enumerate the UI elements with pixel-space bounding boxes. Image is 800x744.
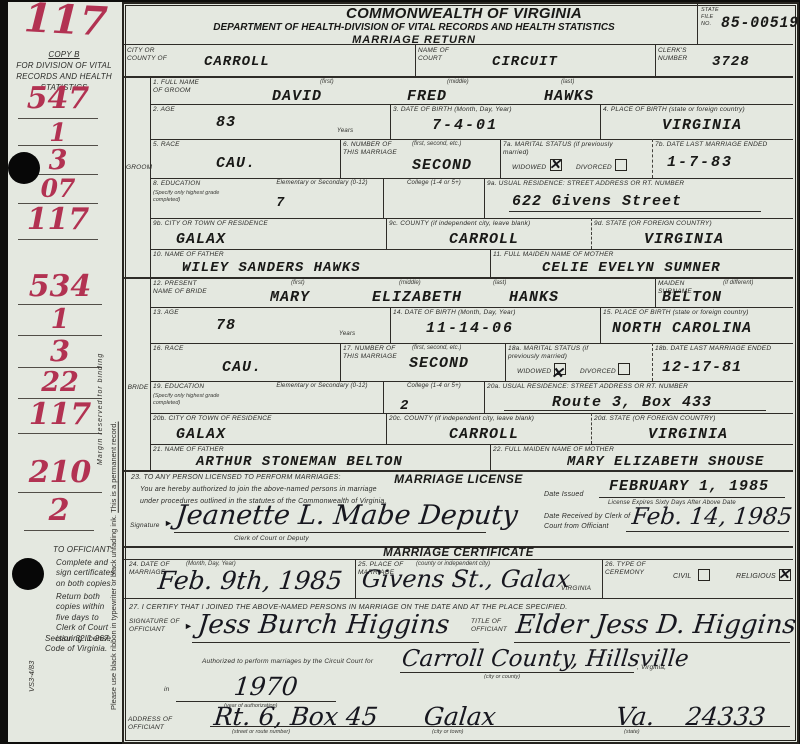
- bride-father-value: ARTHUR STONEMAN BELTON: [196, 454, 403, 470]
- civil-checkbox: [698, 569, 710, 581]
- middle-hint: (middle): [447, 79, 469, 86]
- bride-city-label: 20b. CITY OR TOWN OF RESIDENCE: [153, 415, 353, 423]
- bride-band-label: BRIDE: [126, 384, 150, 392]
- last-hint: (last): [493, 280, 506, 287]
- divider: [150, 139, 793, 140]
- bride-father-label: 21. NAME OF FATHER: [153, 446, 224, 454]
- fill-line: [599, 497, 785, 498]
- bride-city-value: GALAX: [176, 426, 226, 443]
- clerk-number-value: 3728: [712, 54, 750, 70]
- widowed-label: WIDOWED: [512, 164, 546, 172]
- divider: [655, 44, 656, 76]
- officiant-city-value: Galax: [422, 702, 497, 731]
- court-value: CIRCUIT: [492, 54, 558, 70]
- groom-dob-label: 3. DATE OF BIRTH (Month, Day, Year): [393, 106, 593, 114]
- bride-name-label: 12. PRESENT NAME OF BRIDE: [153, 280, 215, 296]
- maiden-surname-hint: (if different): [723, 280, 753, 287]
- bride-college-value: 2: [400, 398, 409, 414]
- divider: [655, 279, 656, 307]
- divorced-label: DIVORCED: [580, 368, 616, 376]
- bride-marriage-ended-value: 12-17-81: [662, 359, 742, 376]
- date-received-label-1: Date Received by Clerk of: [544, 513, 630, 522]
- signature-line: [174, 532, 486, 533]
- officiant-title-value: Elder Jess D. Higgins: [514, 610, 797, 640]
- religious-check-mark: ✕: [778, 567, 790, 581]
- red-annotation-top: 117: [23, 0, 95, 42]
- widowed-label: WIDOWED: [517, 368, 551, 376]
- city-hint: (city or town): [432, 729, 463, 736]
- divider: [415, 44, 416, 76]
- groom-county-value: CARROLL: [449, 231, 519, 248]
- widowed-check-mark: ✕: [549, 157, 561, 171]
- marriage-place-value: Givens St., Galax: [361, 565, 572, 593]
- bride-age-label: 13. AGE: [153, 309, 179, 317]
- last-hint: (last): [561, 79, 574, 86]
- divider: [652, 343, 653, 381]
- red-annotation: 210: [18, 458, 102, 493]
- divider: [150, 343, 793, 344]
- divider: [600, 104, 601, 139]
- groom-mother-value: CELIE EVELYN SUMNER: [542, 260, 721, 276]
- bride-first-name: MARY: [270, 289, 310, 306]
- officiant-address-label: ADDRESS OF OFFICIANT: [128, 716, 208, 732]
- groom-first-name: DAVID: [272, 88, 322, 105]
- authorization-year-value: 1970: [232, 672, 299, 701]
- divider: [124, 277, 793, 279]
- commonwealth-title: COMMONWEALTH OF VIRGINIA: [184, 5, 744, 22]
- bride-residence-label: 20a. USUAL RESIDENCE: STREET ADDRESS OR …: [487, 383, 787, 391]
- signature-line: [192, 642, 479, 643]
- date-issued-value: FEBRUARY 1, 1985: [609, 478, 769, 495]
- street-hint: (street or route number): [232, 729, 290, 736]
- county-of-label: CITY OR COUNTY OF: [127, 47, 173, 63]
- bride-middle-name: ELIZABETH: [372, 289, 462, 306]
- state-hint: (state): [624, 729, 640, 736]
- divorced-checkbox: [618, 363, 630, 375]
- bride-pob-label: 15. PLACE OF BIRTH (state or foreign cou…: [603, 309, 793, 317]
- divider: [600, 307, 601, 343]
- binding-margin-note: Margin reserved for binding: [97, 235, 104, 465]
- divider: [591, 218, 592, 249]
- red-annotation: 2: [24, 496, 94, 531]
- signature-arrow-icon: ►: [164, 519, 173, 528]
- divider: [124, 44, 793, 45]
- divider: [490, 444, 491, 470]
- groom-race-value: CAU.: [216, 155, 256, 172]
- divider: [484, 381, 485, 413]
- in-label: in: [164, 686, 169, 694]
- divider: [591, 413, 592, 444]
- bride-education-label: 19. EDUCATION: [153, 383, 204, 391]
- marriage-number-hint: (first, second, etc.): [412, 141, 492, 148]
- bride-residence-value: Route 3, Box 433: [552, 394, 712, 411]
- code-citation: Section 32.1-267. Code of Virginia.: [45, 634, 117, 655]
- bride-dob-label: 14. DATE OF BIRTH (Month, Day, Year): [393, 309, 593, 317]
- red-annotation: 547: [18, 84, 98, 119]
- clerk-signature: Jeanette L. Mabe Deputy: [174, 500, 519, 531]
- divider: [500, 139, 501, 178]
- marriage-number-hint: (first, second, etc.): [412, 345, 492, 352]
- groom-marital-status-label: 7a. MARITAL STATUS (if previously marrie…: [503, 141, 621, 157]
- divider: [150, 381, 793, 382]
- divider: [490, 249, 491, 277]
- red-annotation: 117: [18, 400, 102, 434]
- elementary-label: Elementary or Secondary (0-12): [266, 383, 378, 391]
- divider: [150, 249, 793, 250]
- divider: [652, 139, 653, 178]
- groom-state-label: 9d. STATE (OR FOREIGN COUNTRY): [594, 220, 792, 228]
- to-officiant-heading: TO OFFICIANT:: [53, 545, 119, 555]
- divorced-checkbox: [615, 159, 627, 171]
- college-label: College (1-4 or 5+): [392, 180, 476, 188]
- divider: [340, 343, 341, 381]
- bride-race-value: CAU.: [222, 359, 262, 376]
- religious-label: RELIGIOUS: [736, 573, 776, 582]
- permanent-record-note: This is a permanent record.: [109, 422, 118, 513]
- years-label: Years: [337, 128, 353, 136]
- bride-marriage-number-label: 17. NUMBER OF THIS MARRIAGE: [343, 345, 405, 361]
- groom-father-value: WILEY SANDERS HAWKS: [182, 260, 361, 276]
- elementary-label: Elementary or Secondary (0-12): [266, 180, 378, 188]
- divider: [124, 559, 793, 560]
- groom-elementary-value: 7: [276, 195, 285, 211]
- groom-last-name: HAWKS: [544, 88, 594, 105]
- divider: [150, 178, 793, 179]
- signature-label: Signature: [130, 522, 160, 530]
- bride-state-value: VIRGINIA: [648, 426, 728, 443]
- officiant-signature-value: Jess Burch Higgins: [196, 610, 450, 640]
- divider: [150, 307, 793, 308]
- date-received-label-2: Court from Officiant: [544, 523, 609, 532]
- divider: [505, 343, 506, 381]
- first-hint: (first): [291, 280, 305, 287]
- divider: [150, 104, 793, 105]
- bride-county-value: CARROLL: [449, 426, 519, 443]
- red-annotation: 3: [18, 337, 102, 368]
- education-hint: (Specify only highest grade completed): [153, 393, 223, 406]
- education-hint: (Specify only highest grade completed): [153, 190, 223, 203]
- bride-age-value: 78: [216, 317, 236, 334]
- bride-marriage-ended-label: 18b. DATE LAST MARRIAGE ENDED: [655, 345, 793, 353]
- divider: [150, 444, 793, 445]
- groom-marriage-ended-value: 1-7-83: [667, 154, 733, 171]
- groom-name-label: 1. FULL NAME OF GROOM: [153, 79, 209, 95]
- years-label: Years: [339, 331, 355, 339]
- ceremony-type-label: 26. TYPE OF CEREMONY: [605, 561, 660, 577]
- red-annotation: 117: [18, 205, 98, 240]
- red-annotation: 534: [18, 272, 102, 305]
- divider: [484, 178, 485, 218]
- officiant-instruction-1: Complete and sign certificates on both c…: [56, 558, 120, 589]
- officiant-street-value: Rt. 6, Box 45: [212, 702, 379, 731]
- bride-last-name: HANKS: [509, 289, 559, 306]
- college-label: College (1-4 or 5+): [392, 383, 476, 391]
- groom-county-label: 9c. COUNTY (if independent city, leave b…: [389, 220, 589, 228]
- fill-line: [509, 211, 761, 212]
- bride-state-label: 20d. STATE (OR FOREIGN COUNTRY): [594, 415, 792, 423]
- divider: [697, 4, 698, 44]
- middle-hint: (middle): [399, 280, 421, 287]
- groom-pob-value: VIRGINIA: [662, 117, 742, 134]
- signature-arrow-icon: ►: [184, 622, 193, 631]
- groom-father-label: 10. NAME OF FATHER: [153, 251, 224, 259]
- divider: [602, 559, 603, 598]
- form-number: VS3-4/83: [27, 622, 36, 692]
- bride-maiden-surname: BELTON: [662, 289, 722, 306]
- divider: [386, 218, 387, 249]
- fill-line: [400, 672, 634, 673]
- groom-residence-label: 9a. USUAL RESIDENCE: STREET ADDRESS OR R…: [487, 180, 787, 188]
- groom-residence-value: 622 Givens Street: [512, 193, 682, 210]
- bride-mother-label: 22. FULL MAIDEN NAME OF MOTHER: [493, 446, 743, 454]
- court-label: NAME OF COURT: [418, 47, 458, 63]
- groom-band-label: GROOM: [126, 164, 150, 172]
- license-addressee: 23. TO ANY PERSON LICENSED TO PERFORM MA…: [131, 474, 361, 483]
- fill-line: [626, 531, 789, 532]
- groom-education-label: 8. EDUCATION: [153, 180, 200, 188]
- officiant-zip-value: 24333: [684, 702, 767, 731]
- marriage-place-state: VIRGINIA: [561, 585, 591, 593]
- divider: [355, 559, 356, 598]
- groom-marriage-number-label: 6. NUMBER OF THIS MARRIAGE: [343, 141, 405, 157]
- groom-middle-name: FRED: [407, 88, 447, 105]
- scanned-marriage-return: 117 COPY B FOR DIVISION OF VITAL RECORDS…: [0, 0, 800, 744]
- state-file-label: STATE FILE NO.: [701, 7, 723, 28]
- groom-marriage-ended-label: 7b. DATE LAST MARRIAGE ENDED: [655, 141, 793, 149]
- hole-punch: [12, 558, 44, 590]
- bride-dob-value: 11-14-06: [426, 320, 514, 337]
- officiant-signature-label: SIGNATURE OF OFFICIANT: [129, 618, 187, 634]
- groom-age-label: 2. AGE: [153, 106, 175, 114]
- red-annotation: 1: [18, 120, 98, 146]
- bride-mother-value: MARY ELIZABETH SHOUSE: [567, 454, 764, 470]
- signature-caption: Clerk of Court or Deputy: [234, 535, 309, 543]
- bride-county-label: 20c. COUNTY (if independent city, leave …: [389, 415, 589, 423]
- groom-age-value: 83: [216, 114, 236, 131]
- divider: [124, 76, 793, 78]
- county-of-value: CARROLL: [204, 54, 270, 70]
- bride-race-label: 16. RACE: [153, 345, 184, 353]
- state-file-number: 85-005197: [721, 14, 800, 32]
- marriage-date-value: Feb. 9th, 1985: [156, 566, 343, 595]
- groom-race-label: 5. RACE: [153, 141, 180, 149]
- divider: [383, 178, 384, 218]
- divider: [150, 413, 793, 414]
- groom-city-label: 9b. CITY OR TOWN OF RESIDENCE: [153, 220, 353, 228]
- groom-pob-label: 4. PLACE OF BIRTH (state or foreign coun…: [603, 106, 793, 114]
- first-hint: (first): [320, 79, 334, 86]
- divider: [390, 104, 391, 139]
- date-issued-label: Date Issued: [544, 491, 584, 500]
- groom-marriage-number-value: SECOND: [412, 157, 472, 174]
- officiant-state-value: Va.: [614, 702, 656, 731]
- authorized-by-label: Authorized to perform marriages by the C…: [202, 658, 373, 666]
- groom-state-value: VIRGINIA: [644, 231, 724, 248]
- divider: [340, 139, 341, 178]
- officiant-title-label: TITLE OF OFFICIANT: [471, 618, 513, 634]
- divorced-label: DIVORCED: [576, 164, 612, 172]
- civil-label: CIVIL: [673, 573, 692, 582]
- copy-label: COPY B: [38, 50, 90, 60]
- divider: [150, 76, 151, 470]
- virginia-suffix: , Virginia,: [637, 664, 666, 672]
- red-annotation: 1: [18, 306, 102, 336]
- department-title: DEPARTMENT OF HEALTH-DIVISION OF VITAL R…: [134, 22, 694, 33]
- bride-marital-status-label: 18a. MARITAL STATUS (if previously marri…: [508, 345, 620, 361]
- bride-pob-value: NORTH CAROLINA: [612, 320, 752, 337]
- divider: [386, 413, 387, 444]
- divider: [383, 381, 384, 413]
- red-annotation: 22: [18, 369, 102, 399]
- bride-marriage-number-value: SECOND: [409, 355, 469, 372]
- fill-line: [504, 410, 766, 411]
- widowed-check-mark: ✕: [551, 366, 564, 381]
- groom-mother-label: 11. FULL MAIDEN NAME OF MOTHER: [493, 251, 743, 259]
- city-or-county-hint: (city or county): [484, 674, 520, 681]
- license-body-1: You are hereby authorized to join the ab…: [140, 486, 440, 495]
- groom-dob-value: 7-4-01: [432, 117, 498, 134]
- date-received-value: Feb. 14, 1985: [631, 504, 794, 530]
- divider: [390, 307, 391, 343]
- certificate-section-title: MARRIAGE CERTIFICATE: [124, 547, 793, 559]
- divider: [150, 218, 793, 219]
- groom-city-value: GALAX: [176, 231, 226, 248]
- marriage-return-form: COMMONWEALTH OF VIRGINIA DEPARTMENT OF H…: [122, 2, 799, 744]
- hole-punch: [8, 152, 40, 184]
- fill-line: [514, 642, 790, 643]
- clerk-number-label: CLERK'S NUMBER: [658, 47, 692, 63]
- divider: [124, 598, 793, 599]
